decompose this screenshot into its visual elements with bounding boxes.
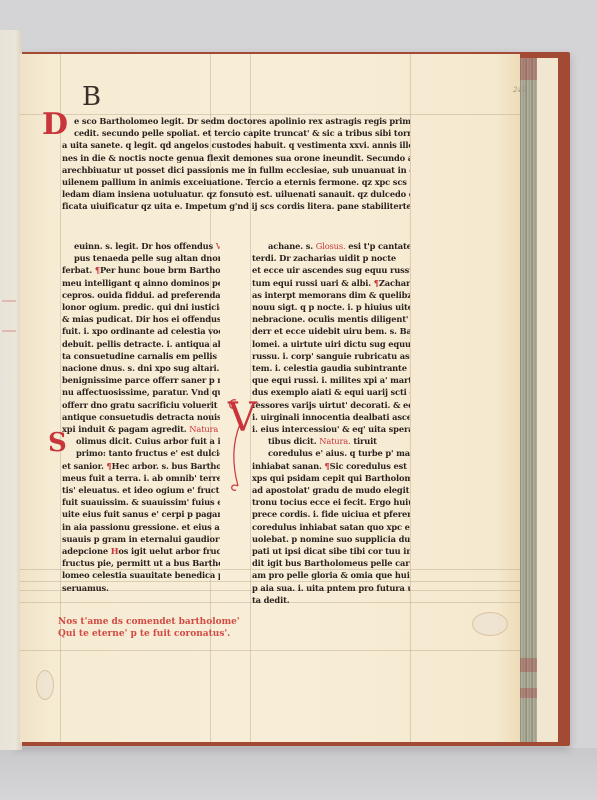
text-line: am pro pelle gloria & omia que huit	[252, 569, 410, 581]
text-line: nacione dnus. s. dni xpo sug altari. s. …	[62, 362, 220, 374]
text-line: que equi russi. i. milites xpi a' martir…	[252, 374, 410, 386]
text-line: lomei. a uirtute uiri dictu sug equum	[252, 338, 410, 350]
text-line: olimus dicit. Cuius arbor fuit a in	[62, 435, 220, 447]
text-line: nes in die & noctis nocte genua flexit d…	[62, 152, 410, 164]
bleed-through-mark	[2, 330, 16, 332]
text-line: in aia passionu gressione. et eius aie	[62, 521, 220, 533]
rubric-word: Natura.	[319, 436, 350, 446]
cadel-initial-b: B	[82, 84, 101, 110]
text-line: uite eius fuit sanus e' cerpi p pagam	[62, 508, 220, 520]
text-line: & mias pudicat. Dir hos ei offendus	[62, 313, 220, 325]
text-line: ledam diam insiena uotuluatur. qz fonsut…	[62, 188, 410, 200]
rubricated-edge-mark	[517, 58, 537, 80]
text-line: fuit. i. xpo ordinante ad celestia vocar…	[62, 325, 220, 337]
rubric-line: Qui te eterne' p te fuit coronatus'.	[58, 628, 240, 640]
text-line: nebracione. oculis mentis diligent' cosi	[252, 313, 410, 325]
table-surface	[0, 748, 597, 800]
text-line: ta dedit.	[252, 594, 410, 606]
endpaper	[537, 58, 558, 742]
text-line: prece cordis. i. fide uiciua et pferente…	[252, 508, 410, 520]
text-line: debuit. pellis detracte. i. antiqua abie…	[62, 338, 220, 350]
text-line: cepros. ouida fiddui. ad preferenda fuch…	[62, 289, 220, 301]
text-line: nu affectuosissime, paratur. Vnd quisq	[62, 386, 220, 398]
text-line: cedit. secundo pelle spoliat. et tercio …	[62, 127, 410, 139]
rubricated-edge-mark	[517, 688, 537, 698]
text-line: lonor ogium. predic. qui dni iusticias	[62, 301, 220, 313]
text-line: dus exemplo aiati & equi uarij scti con	[252, 386, 410, 398]
text-line: dit igit bus Bartholomeus pelle carne	[252, 557, 410, 569]
rubric-word: Glosus.	[316, 241, 346, 251]
page-block-fore-edge	[517, 58, 537, 742]
verso-page-edge	[0, 30, 22, 750]
text-line: e sco Bartholomeo legit. Dr sedm doctore…	[62, 115, 410, 127]
text-line: seruamus.	[62, 582, 220, 594]
text-line: antique consuetudis detracta nouis hen	[62, 411, 220, 423]
text-line: nouu sigt. q p nocte. i. p hiuius uite o…	[252, 301, 410, 313]
text-line: tronu tocius ecce ei fecit. Ergo huius	[252, 496, 410, 508]
ruling-line	[20, 650, 520, 651]
folio-number: 240	[513, 86, 526, 94]
text-line: russu. i. corp' sanguie rubricatu ascend…	[252, 350, 410, 362]
text-line: primo: tanto fructus e' est dulcior	[62, 447, 220, 459]
full-width-text: e sco Bartholomeo legit. Dr sedm doctore…	[62, 115, 410, 213]
text-line: xpi induit & pagam agredit. Natura	[62, 423, 220, 435]
text-line: ferbat. ¶Per hunc boue brm Bartholo	[62, 264, 220, 276]
text-line: coredulus inhiabat satan quo xpc ei	[252, 521, 410, 533]
text-line: p aia sua. i. uita pntem pro futura ui	[252, 582, 410, 594]
rubricated-edge-mark	[517, 658, 537, 672]
text-line: i. uirginali innocentia dealbati ascende…	[252, 411, 410, 423]
text-line: tibus dicit. Natura. tiruit	[252, 435, 410, 447]
text-line: inhiabat sanan. ¶Sic coredulus est	[252, 460, 410, 472]
text-line: tem. i. celestia gaudia subintrante p'	[252, 362, 410, 374]
rubric-line: Nos t'ame ds comendet bartholome'	[58, 616, 240, 628]
water-stain	[36, 670, 54, 700]
rubricated-initial-s: S	[48, 430, 67, 456]
text-line: ad apostolat' gradu de mudo elegit & pa	[252, 484, 410, 496]
text-line: et sanior. ¶Hec arbor. s. bus Bartholo	[62, 460, 220, 472]
text-line: xps qui psidam cepit qui Bartholomeu	[252, 472, 410, 484]
text-line: pus tenaeda pelle sug altan dnorof	[62, 252, 220, 264]
text-line: fuit suauissim. & suauissim' fuius eum	[62, 496, 220, 508]
text-line: pati ut ipsi dicat sibe tibi cor tuu in.…	[252, 545, 410, 557]
water-stain	[472, 612, 508, 636]
text-line: derr et ecce uidebit uiru bem. s. Bartho	[252, 325, 410, 337]
text-line: fessores varijs uirtut' decorati. & eqi …	[252, 399, 410, 411]
text-line: achane. s. Glosus. esi t'p cantate-	[252, 240, 410, 252]
text-line: suauis p gram in eternalui gaudioru	[62, 533, 220, 545]
rubric-word: Natura	[189, 424, 218, 434]
bleed-through-mark	[2, 300, 16, 302]
text-line: fructus pie, permitt ut a bus Bartho	[62, 557, 220, 569]
text-line: et ecce uir ascendes sug equu russu. & p…	[252, 264, 410, 276]
text-line: coredulus e' aius. q turbe p' mane	[252, 447, 410, 459]
rubric-word: Vnus	[216, 241, 220, 251]
text-line: as interpt memorans dim & quelibz te	[252, 289, 410, 301]
text-line: benignissime parce offerr saner p man	[62, 374, 220, 386]
text-line: lomeo celestia suauitate benedica pereno	[62, 569, 220, 581]
text-line: meus fuit a terra. i. ab omnib' terrenis…	[62, 472, 220, 484]
text-line: tum equi russi uari & albi. ¶Zachari	[252, 277, 410, 289]
column-b: achane. s. Glosus. esi t'p cantate- terd…	[252, 240, 410, 606]
text-line: uolebat. p nomine suo supplicia duisa	[252, 533, 410, 545]
initial-flourish-icon	[224, 394, 248, 494]
text-line: ta consuetudine carnalis em pellis eme	[62, 350, 220, 362]
text-line: offerr dno gratu sacrificiu voluerit pel…	[62, 399, 220, 411]
text-line: meu intelligant q ainno dominos pe	[62, 277, 220, 289]
text-line: arechbiuatur ut posset dici passionis me…	[62, 164, 410, 176]
column-a: euinn. s. legit. Dr hos offendus Vnus pu…	[62, 240, 220, 594]
text-line: a uita sanete. q legit. qd angelos custo…	[62, 139, 410, 151]
text-line: euinn. s. legit. Dr hos offendus Vnus	[62, 240, 220, 252]
text-line: uilenem pallium in animis exceiuatione. …	[62, 176, 410, 188]
closing-rubric: Nos t'ame ds comendet bartholome' Qui te…	[58, 616, 240, 640]
text-line: tis' eleuatus. et ideo ogium e' fruct' f…	[62, 484, 220, 496]
text-line: ficata uiuificatur qz uita e. Impetum g'…	[62, 200, 410, 212]
ruling-line	[410, 54, 411, 742]
text-line: terdi. Dr zacharias uidit p nocte	[252, 252, 410, 264]
text-line: adepcione Hos igit uelut arbor fructific…	[62, 545, 220, 557]
text-line: i. eius intercessiou' & eq' uita sperata…	[252, 423, 410, 435]
